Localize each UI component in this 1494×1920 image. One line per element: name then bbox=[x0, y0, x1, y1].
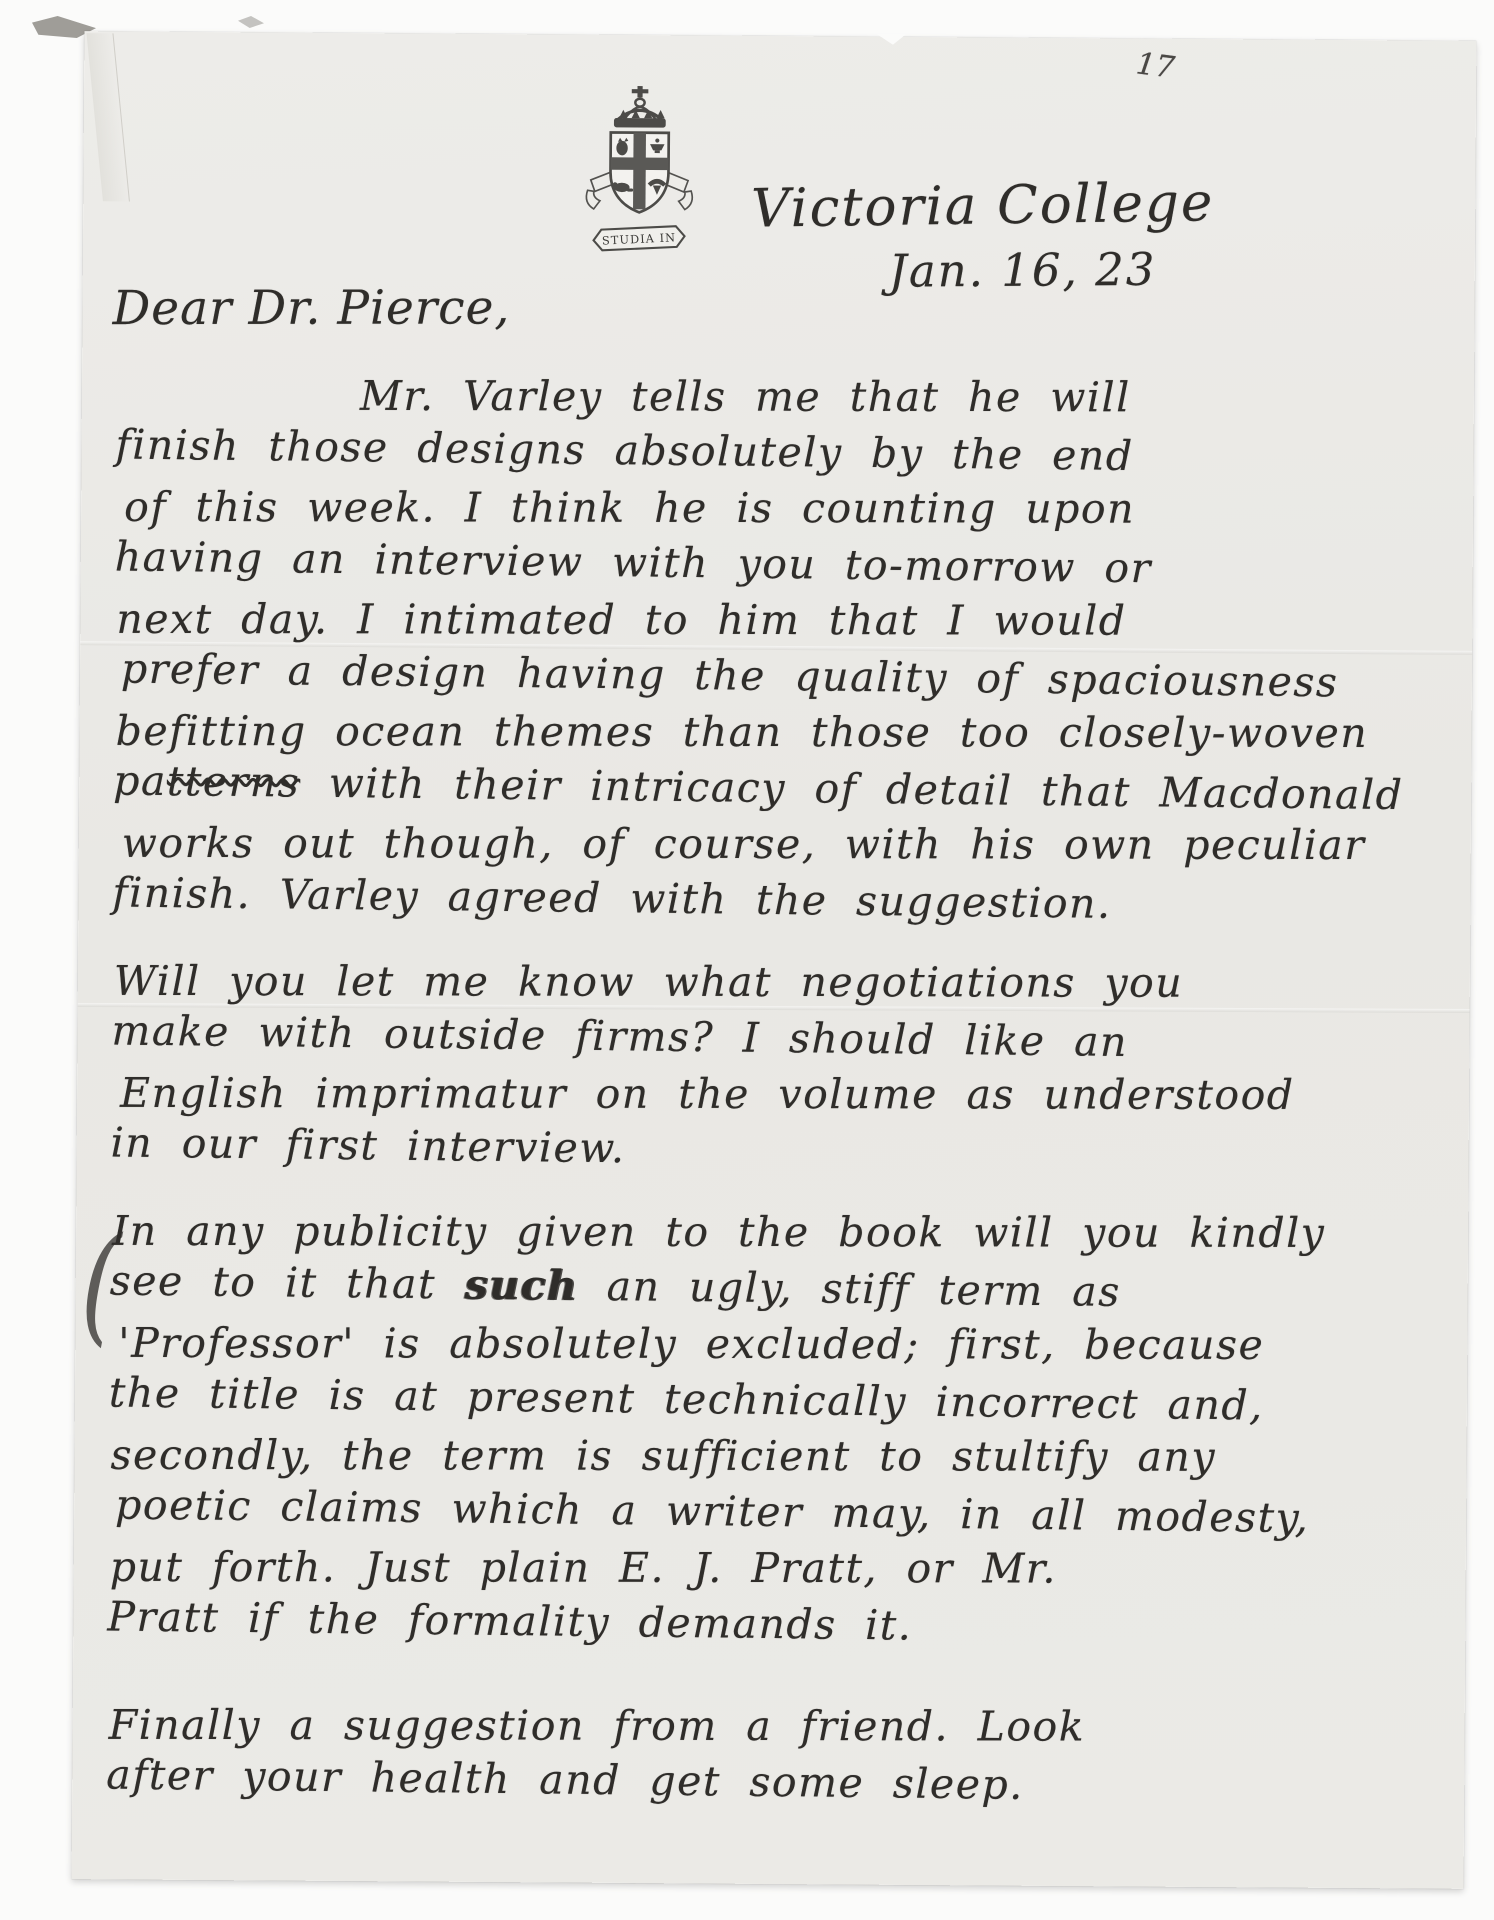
letter-line: after your health and get some sleep. bbox=[106, 1746, 1437, 1817]
letter-line: works out though, of course, with his ow… bbox=[122, 815, 1445, 873]
letter-paragraph: Will you let me know what negotiations y… bbox=[110, 949, 1442, 1182]
letter-paragraph: Finally a suggestion from a friend. Look… bbox=[106, 1693, 1437, 1814]
letter-paragraph: In any publicity given to the book will … bbox=[107, 1199, 1440, 1656]
letter-line: prefer a design having the quality of sp… bbox=[121, 641, 1445, 712]
letter-line: next day. I intimated to him that I woul… bbox=[116, 591, 1446, 649]
letter-body: Mr. Varley tells me that he willfinish t… bbox=[106, 363, 1446, 1814]
letter-line: Mr. Varley tells me that he will bbox=[360, 368, 1448, 426]
college-crest: STUDIA IN bbox=[575, 85, 704, 262]
letter-line: finish. Varley agreed with the suggestio… bbox=[112, 864, 1443, 935]
crown-icon bbox=[614, 86, 666, 128]
shield-icon bbox=[610, 132, 669, 212]
paper-tear-fragment bbox=[238, 16, 264, 28]
letter-line: secondly, the term is sufficient to stul… bbox=[110, 1427, 1440, 1485]
letter-line: see to it that such an ugly, stiff term … bbox=[109, 1252, 1440, 1323]
letter-line: in our first interview. bbox=[110, 1114, 1441, 1185]
letter-line: make with outside firms? I should like a… bbox=[111, 1002, 1442, 1073]
letter-sheet: STUDIA IN 17 Victoria College Jan. 16, 2… bbox=[72, 31, 1477, 1889]
letter-line: of this week. I think he is counting upo… bbox=[124, 479, 1447, 537]
letter-line: In any publicity given to the book will … bbox=[112, 1203, 1442, 1261]
scanned-letter-page: { "page": { "page_number": "17" }, "lett… bbox=[0, 0, 1494, 1920]
top-edge-tear bbox=[876, 34, 906, 45]
letter-line: poetic claims which a writer may, in all… bbox=[115, 1477, 1439, 1548]
letter-line: Will you let me know what negotiations y… bbox=[114, 953, 1444, 1011]
page-number: 17 bbox=[1134, 46, 1176, 86]
corner-fold-crease bbox=[86, 33, 129, 201]
letter-line: befitting ocean themes than those too cl… bbox=[116, 703, 1446, 761]
letter-line: put forth. Just plain E. J. Pratt, or Mr… bbox=[110, 1539, 1440, 1597]
letter-line: patterns with their intricacy of detail … bbox=[113, 752, 1444, 823]
letter-line: finish those designs absolutely by the e… bbox=[115, 416, 1446, 487]
letter-line: Finally a suggestion from a friend. Look bbox=[109, 1697, 1439, 1755]
letter-paragraph: Mr. Varley tells me that he willfinish t… bbox=[112, 363, 1446, 932]
letter-line: English imprimatur on the volume as unde… bbox=[120, 1065, 1443, 1123]
letter-date: Jan. 16, 23 bbox=[889, 243, 1157, 298]
letterhead-institution: Victoria College bbox=[751, 172, 1215, 239]
letter-line: having an interview with you to-morrow o… bbox=[114, 528, 1445, 599]
letter-line: the title is at present technically inco… bbox=[109, 1364, 1440, 1435]
letter-line: 'Professor' is absolutely excluded; firs… bbox=[118, 1315, 1441, 1373]
letter-line: Pratt if the formality demands it. bbox=[107, 1588, 1438, 1659]
motto-banner: STUDIA IN bbox=[593, 226, 685, 251]
salutation: Dear Dr. Pierce, bbox=[112, 280, 510, 336]
